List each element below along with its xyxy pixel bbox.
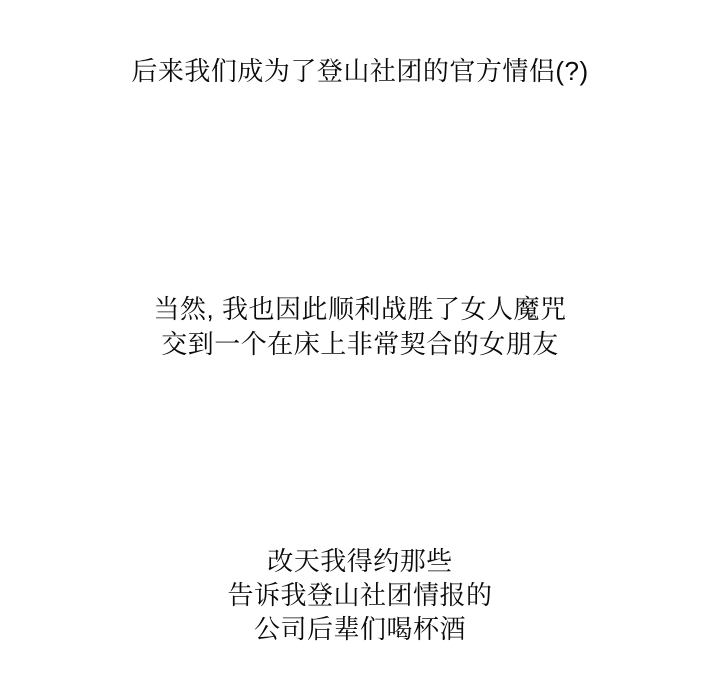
narration-line: 公司后辈们喝杯酒 <box>0 612 720 646</box>
narration-line: 当然, 我也因此顺利战胜了女人魔咒 <box>0 292 720 327</box>
narration-line: 后来我们成为了登山社团的官方情侣(?) <box>0 54 720 88</box>
narration-line: 告诉我登山社团情报的 <box>0 578 720 612</box>
narration-line: 改天我得约那些 <box>0 544 720 578</box>
comic-panel: 后来我们成为了登山社团的官方情侣(?) 当然, 我也因此顺利战胜了女人魔咒 交到… <box>0 0 720 700</box>
narration-line: 交到一个在床上非常契合的女朋友 <box>0 327 720 362</box>
narration-block-bottom: 改天我得约那些 告诉我登山社团情报的 公司后辈们喝杯酒 <box>0 544 720 646</box>
narration-block-top: 后来我们成为了登山社团的官方情侣(?) <box>0 54 720 88</box>
narration-block-middle: 当然, 我也因此顺利战胜了女人魔咒 交到一个在床上非常契合的女朋友 <box>0 292 720 362</box>
